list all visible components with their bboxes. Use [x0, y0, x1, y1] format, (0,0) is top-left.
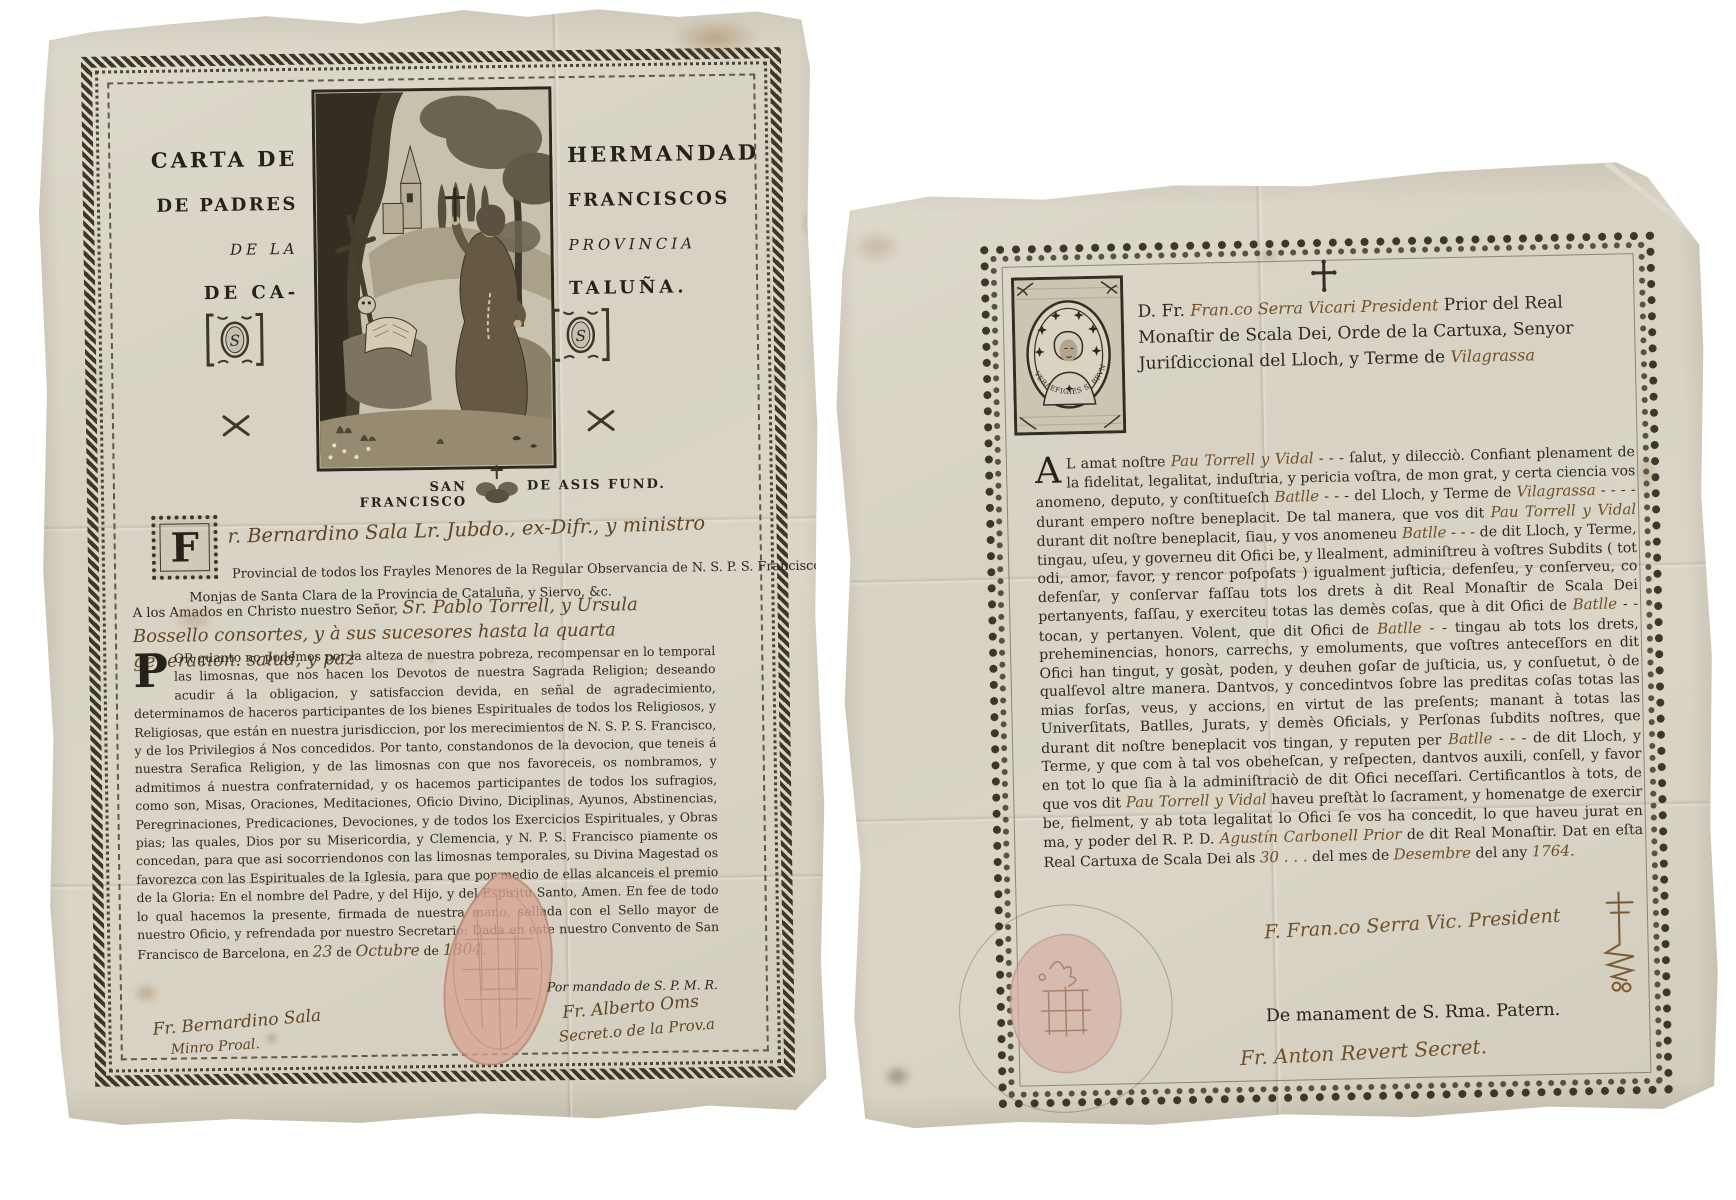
- title-line: PROVINCIA: [568, 233, 783, 254]
- printed-text: OR quanto no podemos por la alteza de nu…: [134, 643, 719, 962]
- printed-text: - - - del Lloch, y Terme de: [1319, 485, 1517, 505]
- header-cross-icon: [1311, 259, 1338, 294]
- folded-corner: [1604, 159, 1698, 241]
- title-line: FRANCISCOS: [568, 187, 783, 211]
- initial-letter: F: [159, 523, 210, 572]
- svg-text:S: S: [230, 332, 241, 350]
- printed-text: del any: [1471, 844, 1532, 861]
- handwritten-text: Octubre: [355, 941, 419, 960]
- dropcap-letter: P: [133, 650, 174, 691]
- photo-of-two-antique-documents: { "left_doc": { "title_left": {"l1": "CA…: [0, 0, 1736, 1200]
- handwritten-text: Desembre: [1393, 843, 1471, 863]
- paragraph-text: OR quanto no podemos por la alteza de nu…: [134, 643, 719, 962]
- handwritten-text: 1764.: [1532, 841, 1575, 860]
- handwritten-text: Batlle: [1377, 618, 1422, 637]
- san-bruno-portrait: VERAEFIGIES S. BRVNONIS: [1011, 275, 1126, 435]
- caption-ornament-icon: [472, 463, 523, 506]
- title-line: DE PADRES: [93, 194, 298, 218]
- stain: [850, 228, 903, 265]
- skull: [357, 296, 375, 314]
- title-line: CARTA DE: [92, 146, 297, 174]
- handwritten-text: Vilagrassa: [1450, 345, 1535, 366]
- printed-text: de: [332, 944, 355, 959]
- main-paragraph: AL amat noſtre Pau Torrell y Vidal - - -…: [1035, 442, 1644, 872]
- handwritten-text: 30 . . .: [1260, 847, 1308, 866]
- printed-text: L amat noſtre: [1066, 454, 1171, 472]
- printed-text: D. Fr.: [1137, 301, 1190, 322]
- title-right-column: HERMANDAD FRANCISCOS PROVINCIA TALUÑA.: [567, 139, 784, 299]
- title-line: DE CA-: [94, 282, 299, 306]
- decorated-initial-box: F: [151, 515, 218, 580]
- dropcap-letter: A: [1035, 454, 1067, 488]
- title-line: HERMANDAD: [567, 139, 782, 167]
- printed-text: del mes de: [1307, 847, 1393, 865]
- wax-seal: [428, 868, 567, 1072]
- title-line: DE LA: [93, 240, 298, 261]
- handwritten-text: 23: [313, 942, 333, 960]
- handwritten-text: Agustín Carbonell: [1219, 826, 1358, 847]
- handwritten-text: Fran.co Serra Vicari President: [1190, 295, 1438, 319]
- floral-x-ornament: [220, 413, 252, 439]
- side-medallion-right: S: [551, 303, 610, 366]
- wax-seal: [997, 929, 1134, 1078]
- handwritten-text: Batlle: [1274, 487, 1319, 506]
- stain: [882, 1064, 913, 1089]
- printed-text: A los Amados en Christo nuestro Señor,: [133, 602, 403, 621]
- stain: [801, 206, 821, 240]
- title-line: TALUÑA.: [569, 275, 784, 299]
- handwritten-text: Batlle: [1572, 595, 1617, 614]
- paragraph-text: L amat noſtre Pau Torrell y Vidal - - - …: [1036, 444, 1644, 870]
- cartuxa-scala-dei-appointment: VERAEFIGIES S. BRVNONIS D. Fr. Fran.co S…: [823, 158, 1726, 1133]
- handwritten-text: Prior: [1363, 825, 1402, 844]
- title-left-column: CARTA DE DE PADRES DE LA DE CA-: [92, 146, 299, 306]
- san-francisco-engraving: [311, 86, 556, 471]
- engraving-caption-right: DE ASIS FUND.: [527, 476, 697, 493]
- handwritten-text: Pau Torrell y Vidal: [1126, 790, 1267, 811]
- svg-text:S: S: [576, 327, 587, 345]
- main-paragraph: POR quanto no podemos por la alteza de n…: [133, 642, 719, 964]
- side-medallion-left: S: [205, 308, 264, 371]
- notarial-cross-flourish: [1590, 886, 1650, 997]
- handwritten-text: Batlle: [1448, 729, 1493, 748]
- handwritten-text: Vilagrassa: [1516, 481, 1596, 501]
- handwritten-text: Pau Torrell y Vidal: [1171, 449, 1314, 470]
- engraving-caption-left: SAN FRANCISCO: [317, 480, 467, 512]
- handwritten-text: Batlle: [1402, 523, 1447, 542]
- handwritten-text: Pau Torrell y Vidal: [1490, 500, 1636, 521]
- floral-x-ornament: [585, 407, 617, 433]
- franciscan-hermandad-letter: CARTA DE DE PADRES DE LA DE CA- HERMANDA…: [28, 1, 836, 1130]
- document-header: D. Fr. Fran.co Serra Vicari President Pr…: [1137, 288, 1637, 377]
